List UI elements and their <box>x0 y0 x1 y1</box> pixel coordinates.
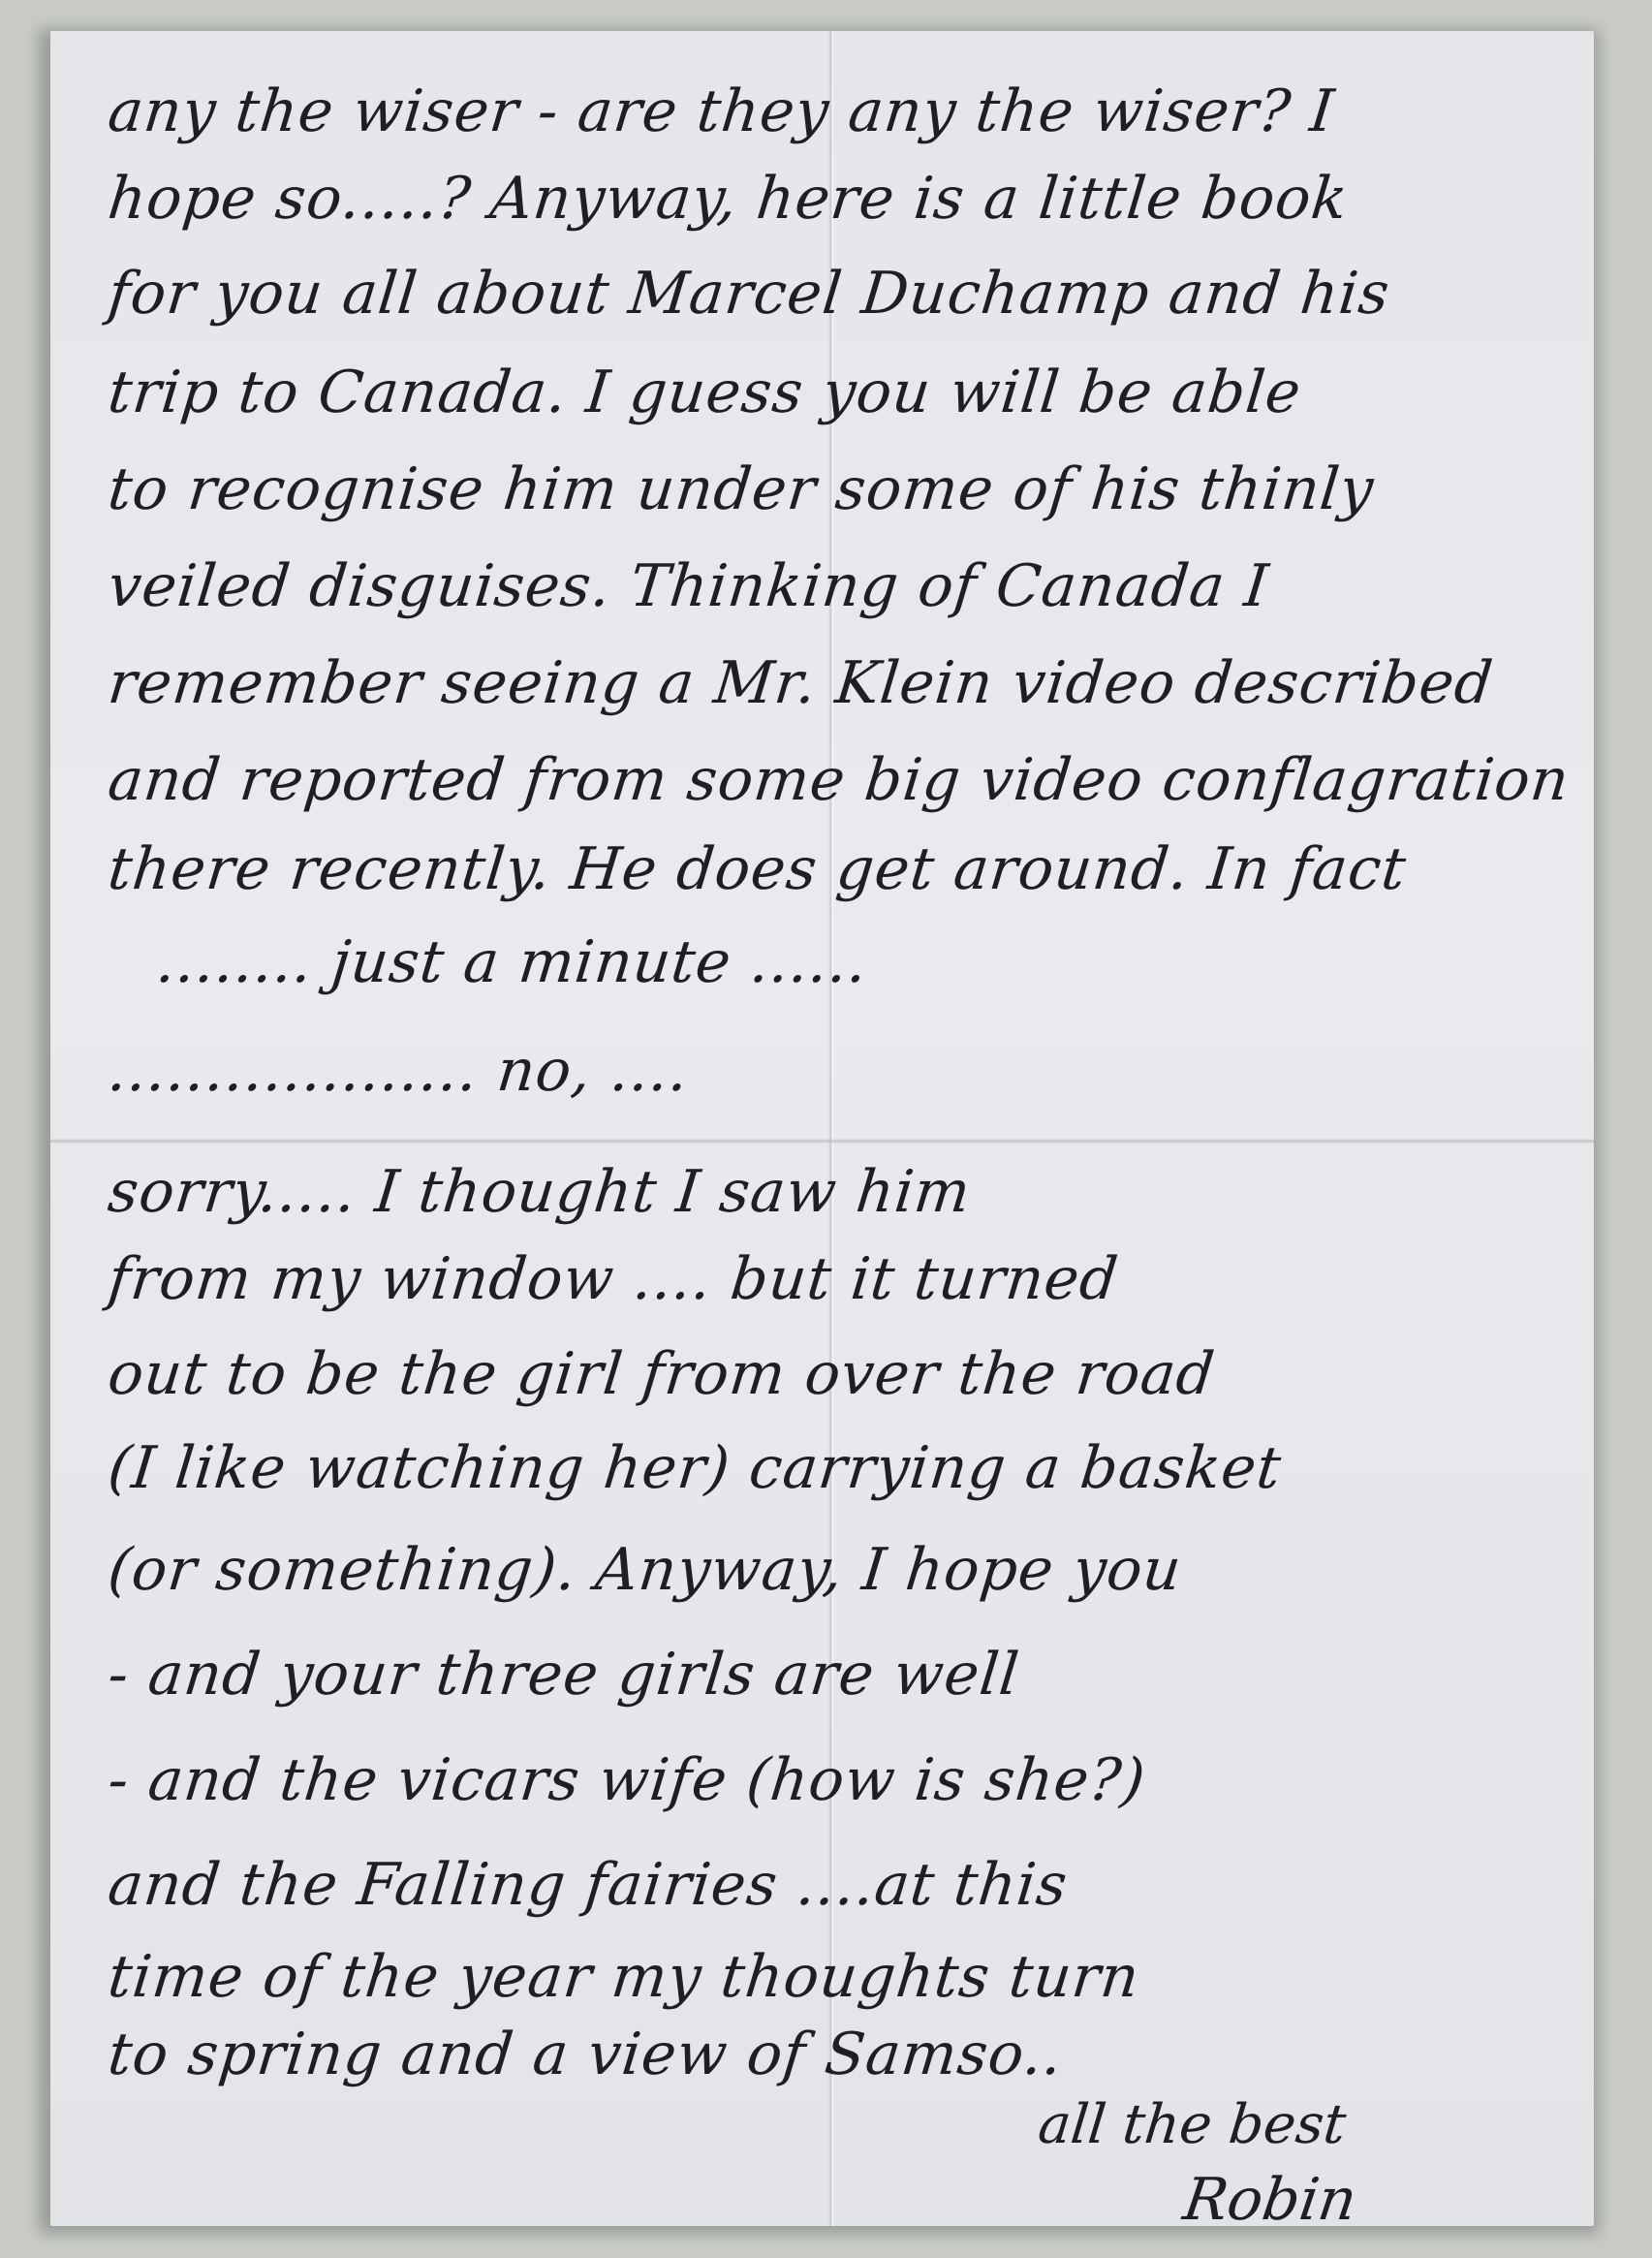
letter-closing: all the best <box>1036 2093 1350 2156</box>
letter-line-15: (I like watching her) carrying a basket <box>105 1434 1285 1502</box>
letter-line-19: and the Falling fairies ....at this <box>105 1851 1071 1919</box>
letter-line-1: any the wiser - are they any the wiser? … <box>105 78 1337 145</box>
letter-line-8: and reported from some big video conflag… <box>105 746 1573 814</box>
letter-line-12: sorry..... I thought I saw him <box>105 1158 974 1226</box>
letter-line-4: trip to Canada. I guess you will be able <box>105 359 1304 426</box>
letter-signature: Robin <box>1179 2166 1360 2226</box>
letter-sheet: any the wiser - are they any the wiser? … <box>50 31 1594 2226</box>
horizontal-fold-crease <box>50 1139 1594 1144</box>
letter-line-6: veiled disguises. Thinking of Canada I <box>105 552 1272 620</box>
letter-line-11: ................... no, .... <box>105 1037 692 1105</box>
letter-line-21: to spring and a view of Samso.. <box>105 2021 1066 2088</box>
letter-line-20: time of the year my thoughts turn <box>105 1943 1142 2011</box>
letter-line-5: to recognise him under some of his thinl… <box>105 455 1377 523</box>
letter-line-14: out to be the girl from over the road <box>105 1340 1218 1408</box>
letter-line-16: (or something). Anyway, I hope you <box>105 1536 1185 1604</box>
letter-line-13: from my window .... but it turned <box>105 1245 1121 1313</box>
letter-line-7: remember seeing a Mr. Klein video descri… <box>105 649 1496 717</box>
letter-line-17: - and your three girls are well <box>105 1641 1022 1709</box>
letter-line-2: hope so.....? Anyway, here is a little b… <box>105 165 1351 233</box>
letter-line-3: for you all about Marcel Duchamp and his <box>105 260 1392 328</box>
letter-line-9: there recently. He does get around. In f… <box>105 835 1410 903</box>
letter-line-10: ........ just a minute ...... <box>153 928 871 996</box>
letter-line-18: - and the vicars wife (how is she?) <box>105 1746 1148 1814</box>
